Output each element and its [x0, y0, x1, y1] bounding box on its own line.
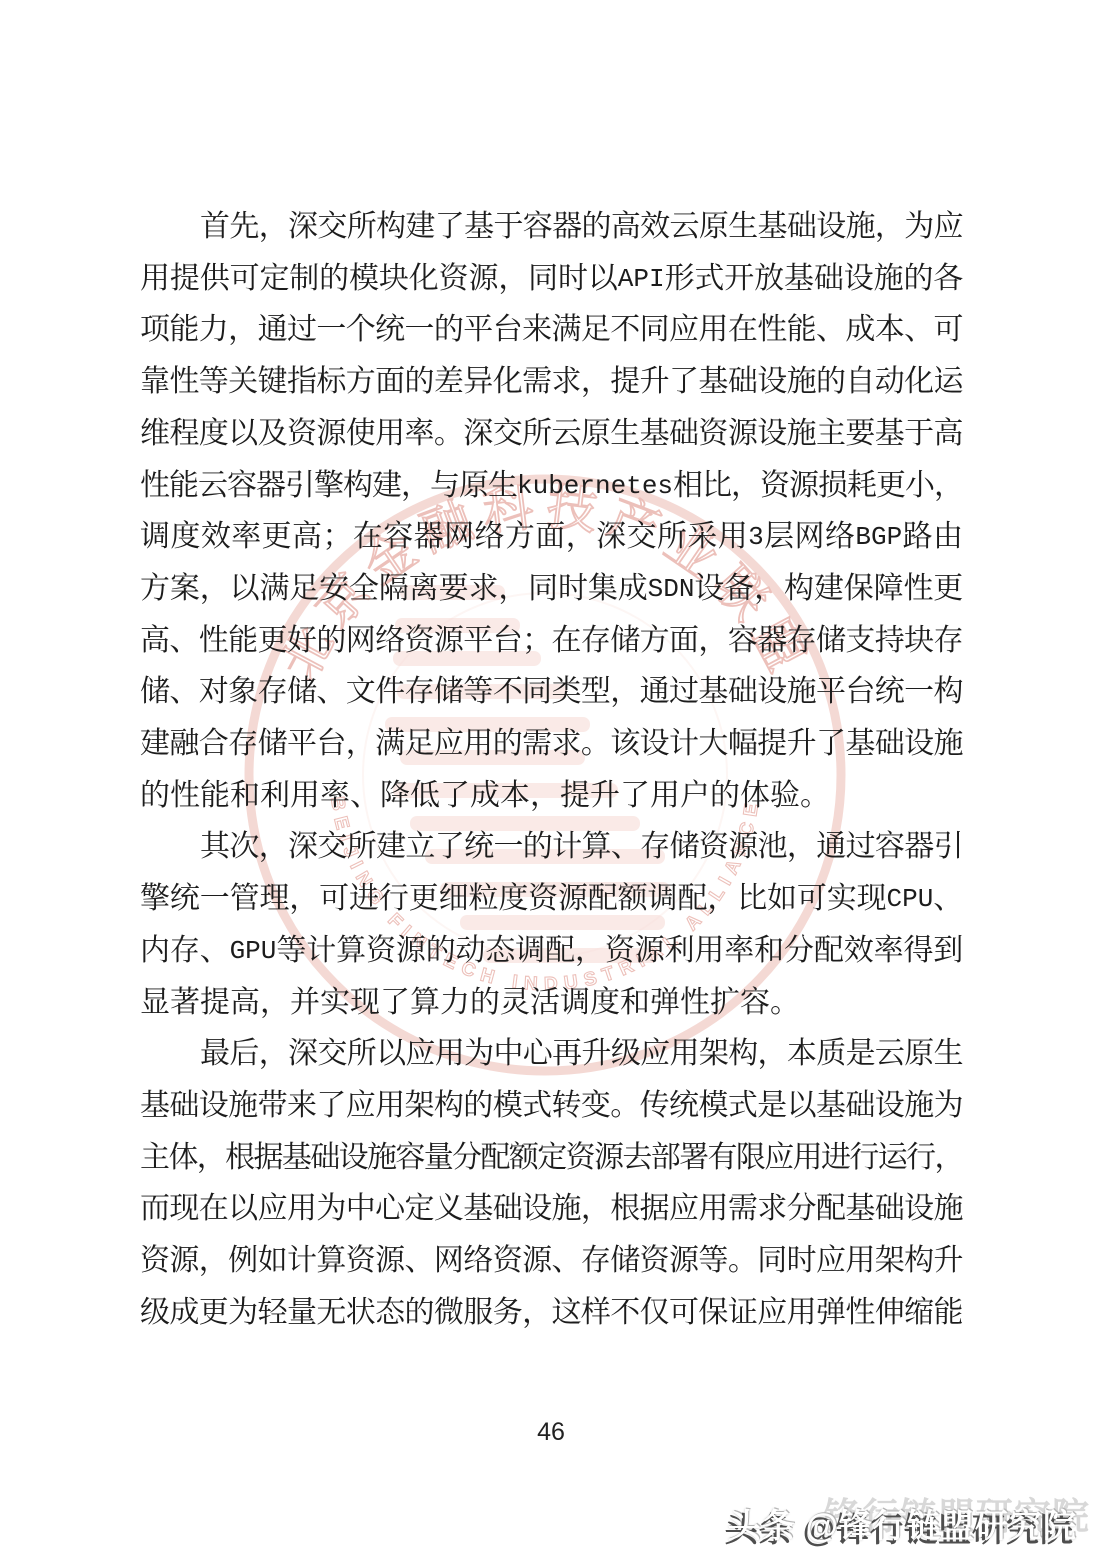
cjk-char: 的: [405, 356, 434, 408]
cjk-char: 架: [875, 1235, 904, 1287]
cjk-char: 据: [640, 1183, 669, 1235]
cjk-char: 以: [787, 1080, 816, 1132]
cjk-char: 理: [259, 873, 289, 925]
cjk-char: 络: [375, 615, 404, 667]
cjk-char: 网: [346, 615, 375, 667]
cjk-char: 变: [581, 1080, 610, 1132]
cjk-char: 支: [845, 615, 874, 667]
cjk-char: 证: [728, 1287, 757, 1339]
cjk-char: 样: [581, 1287, 610, 1339]
cjk-char: 去: [622, 1132, 650, 1184]
cjk-char: 基: [282, 1132, 310, 1184]
cjk-char: 首: [200, 201, 229, 253]
cjk-char: 器: [904, 821, 933, 873]
cjk-char: 差: [434, 356, 463, 408]
cjk-char: 交: [493, 408, 522, 460]
cjk-char: 度: [170, 511, 200, 563]
cjk-char: 储: [287, 666, 316, 718]
cjk-char: 设: [904, 1183, 933, 1235]
cjk-char: 原: [459, 460, 488, 512]
cjk-char: 行: [849, 1132, 877, 1184]
cjk-char: 构: [934, 666, 963, 718]
cjk-char: ，: [935, 1132, 963, 1184]
cjk-char: 项: [140, 304, 169, 356]
cjk-char: 资: [699, 821, 728, 873]
cjk-char: 设: [199, 1080, 228, 1132]
cjk-char: 足: [405, 718, 434, 770]
cjk-char: 、: [611, 821, 640, 873]
cjk-char: ，: [259, 821, 288, 873]
text-line: 主体，根据基础设施容量分配额定资源去部署有限应用进行运行，: [140, 1132, 963, 1184]
cjk-char: 需: [522, 718, 551, 770]
cjk-char: 源: [558, 873, 588, 925]
cjk-char: 资: [346, 1235, 375, 1287]
paragraph-indent: [140, 847, 200, 848]
cjk-char: 存: [640, 821, 669, 873]
cjk-char: 云: [551, 408, 580, 460]
cjk-char: 在: [551, 615, 580, 667]
cjk-char: 用: [140, 253, 170, 305]
cjk-char: 案: [170, 563, 200, 615]
cjk-char: 同: [640, 304, 669, 356]
cjk-char: 础: [728, 666, 757, 718]
cjk-char: 配: [814, 925, 844, 977]
cjk-char: 集: [588, 563, 618, 615]
cjk-char: 活: [530, 977, 560, 1029]
cjk-char: 应: [934, 201, 963, 253]
cjk-char: 平: [816, 666, 845, 718]
cjk-char: 用: [793, 1132, 821, 1184]
cjk-char: 离: [409, 563, 439, 615]
cjk-char: 储: [258, 718, 287, 770]
cjk-char: 是: [846, 1028, 875, 1080]
cjk-char: 弹: [816, 1287, 845, 1339]
cjk-char: ，: [401, 460, 430, 512]
cjk-char: 的: [319, 253, 349, 305]
cjk-char: 构: [434, 1080, 463, 1132]
cjk-char: 障: [874, 563, 904, 615]
cjk-char: ，: [530, 770, 560, 822]
cjk-char: 架: [405, 1080, 434, 1132]
cjk-char: 容: [740, 977, 770, 1029]
cjk-char: 基: [698, 666, 727, 718]
cjk-char: 先: [229, 201, 258, 253]
cjk-char: 采: [687, 511, 717, 563]
cjk-char: 得: [903, 925, 933, 977]
cjk-char: 和: [620, 977, 650, 1029]
cjk-char: 。: [800, 770, 830, 822]
cjk-char: 满: [259, 563, 289, 615]
cjk-char: 粒: [468, 873, 498, 925]
cjk-char: 件: [375, 666, 404, 718]
cjk-char: ，: [346, 718, 375, 770]
cjk-char: 生: [488, 460, 517, 512]
cjk-char: 存: [934, 615, 963, 667]
cjk-char: 形: [665, 253, 695, 305]
cjk-char: 足: [289, 563, 319, 615]
cjk-char: 网: [444, 511, 474, 563]
cjk-char: 了: [816, 718, 845, 770]
cjk-char: 资: [439, 253, 469, 305]
cjk-char: 现: [857, 873, 887, 925]
cjk-char: 台: [316, 718, 345, 770]
cjk-char: 资: [566, 1132, 594, 1184]
cjk-char: ，: [875, 201, 904, 253]
cjk-char: 成: [845, 304, 874, 356]
page-number: 46: [0, 1418, 1102, 1447]
cjk-char: 转: [551, 1080, 580, 1132]
cjk-char: 源: [169, 1235, 198, 1287]
cjk-char: 台: [493, 304, 522, 356]
cjk-char: 由: [933, 511, 963, 563]
cjk-char: 源: [434, 615, 463, 667]
cjk-char: 可: [230, 253, 260, 305]
cjk-char: 义: [434, 1183, 463, 1235]
cjk-char: 户: [680, 770, 710, 822]
cjk-char: 用: [650, 770, 680, 822]
cjk-char: 应: [346, 1080, 375, 1132]
cjk-char: 务: [493, 1287, 522, 1339]
cjk-char: 础: [875, 1183, 904, 1235]
cjk-char: 应: [757, 1287, 786, 1339]
cjk-char: 深: [596, 511, 626, 563]
cjk-char: 不: [493, 666, 522, 718]
cjk-char: 更: [876, 460, 905, 512]
cjk-char: 根: [225, 1132, 253, 1184]
cjk-char: 用: [698, 304, 727, 356]
cjk-char: 施: [904, 1080, 933, 1132]
cjk-char: 、: [350, 770, 380, 822]
cjk-char: 内: [140, 925, 170, 977]
cjk-char: 引: [934, 821, 963, 873]
cjk-char: 础: [169, 1080, 198, 1132]
cjk-char: 管: [230, 873, 260, 925]
cjk-char: ，: [498, 253, 528, 305]
cjk-char: 成: [470, 770, 500, 822]
cjk-char: 器: [757, 615, 786, 667]
cjk-char: 资: [640, 1235, 669, 1287]
cjk-char: 率: [231, 511, 261, 563]
cjk-char: 储: [610, 615, 639, 667]
cjk-char: 在: [353, 511, 383, 563]
cjk-char: 源: [635, 925, 665, 977]
cjk-char: 存: [581, 1235, 610, 1287]
cjk-char: 原: [581, 408, 610, 460]
cjk-char: 深: [288, 201, 317, 253]
cjk-char: 利: [665, 925, 695, 977]
cjk-char: 高: [611, 201, 640, 253]
cjk-char: 资: [698, 408, 727, 460]
cjk-char: 交: [317, 1028, 346, 1080]
cjk-char: 动: [456, 925, 486, 977]
cjk-char: 求: [468, 563, 498, 615]
cjk-char: 配: [545, 925, 575, 977]
cjk-char: 基: [758, 201, 787, 253]
cjk-char: 可: [934, 304, 963, 356]
cjk-char: 器: [552, 201, 581, 253]
cjk-char: ，: [259, 201, 288, 253]
cjk-char: 、: [933, 873, 963, 925]
cjk-char: 源: [728, 821, 757, 873]
cjk-char: 本: [875, 304, 904, 356]
cjk-char: 为: [934, 1080, 963, 1132]
cjk-char: 在: [728, 304, 757, 356]
cjk-char: 器: [414, 511, 444, 563]
cjk-char: 能: [787, 304, 816, 356]
text-line: 高、性能更好的网络资源平台；在存储方面，容器存储支持块存: [140, 615, 963, 667]
cjk-char: 缩: [904, 1287, 933, 1339]
cjk-char: 用: [698, 1183, 727, 1235]
cjk-char: 满: [375, 718, 404, 770]
cjk-char: 配: [677, 873, 707, 925]
cjk-char: ，: [581, 356, 610, 408]
cjk-char: 配: [481, 1132, 509, 1184]
cjk-char: 设: [640, 718, 669, 770]
cjk-char: 级: [140, 1287, 169, 1339]
cjk-char: 了: [435, 821, 464, 873]
cjk-char: 的: [816, 356, 845, 408]
cjk-char: 基: [875, 408, 904, 460]
cjk-char: ；: [322, 511, 352, 563]
text-line: 建融合存储平台，满足应用的需求。该设计大幅提升了基础设施: [140, 718, 963, 770]
cjk-char: 存: [258, 666, 287, 718]
cjk-char: 升: [590, 770, 620, 822]
cjk-char: 基: [640, 408, 669, 460]
cjk-char: 配: [588, 873, 618, 925]
cjk-char: 能: [200, 770, 230, 822]
text-line: 维程度以及资源使用率。深交所云原生基础资源设施主要基于高: [140, 408, 963, 460]
cjk-char: 验: [770, 770, 800, 822]
cjk-char: 保: [698, 1287, 727, 1339]
cjk-char: 大: [698, 718, 727, 770]
cjk-char: 用: [670, 1028, 699, 1080]
latin-token: 3: [748, 511, 764, 563]
cjk-char: ，: [260, 977, 290, 1029]
cjk-char: 相: [673, 460, 702, 512]
cjk-char: 的: [316, 615, 345, 667]
cjk-char: 。: [581, 718, 610, 770]
cjk-char: 仅: [640, 1287, 669, 1339]
cjk-char: 设: [757, 666, 786, 718]
cjk-char: 构: [784, 563, 814, 615]
cjk-char: 伸: [875, 1287, 904, 1339]
cjk-char: 额: [509, 1132, 537, 1184]
cjk-char: 、: [551, 1235, 580, 1287]
text-line: 内存、GPU等计算资源的动态调配，资源利用率和分配效率得到: [140, 925, 963, 977]
cjk-char: 资: [493, 1235, 522, 1287]
cjk-char: 资: [605, 925, 635, 977]
cjk-char: 擎: [140, 873, 170, 925]
text-line: 靠性等关键指标方面的差异化需求，提升了基础设施的自动化运: [140, 356, 963, 408]
cjk-char: 应: [816, 1235, 845, 1287]
cjk-char: 后: [229, 1028, 258, 1080]
cjk-char: 构: [376, 201, 405, 253]
cjk-char: 同: [522, 666, 551, 718]
cjk-char: 效: [640, 201, 669, 253]
cjk-char: 能: [169, 460, 198, 512]
cjk-char: 例: [228, 1235, 257, 1287]
cjk-char: 体: [168, 1132, 196, 1184]
cjk-char: 无: [316, 1287, 345, 1339]
cjk-char: 本: [500, 770, 530, 822]
cjk-char: ，: [522, 1287, 551, 1339]
cjk-char: 著: [170, 977, 200, 1029]
text-line: 资源，例如计算资源、网络资源、存储资源等。同时应用架构升: [140, 1235, 963, 1287]
cjk-char: 关: [228, 356, 257, 408]
cjk-char: 根: [610, 1183, 639, 1235]
cjk-char: 率: [320, 770, 350, 822]
cjk-char: ；: [522, 615, 551, 667]
cjk-char: 不: [610, 304, 639, 356]
cjk-char: 服: [463, 1287, 492, 1339]
cjk-char: 与: [430, 460, 459, 512]
cjk-char: 、: [816, 304, 845, 356]
cjk-char: 更: [258, 615, 287, 667]
cjk-char: 隔: [379, 563, 409, 615]
cjk-char: 础: [310, 1132, 338, 1184]
cjk-char: 用: [290, 770, 320, 822]
cjk-char: 更: [933, 563, 963, 615]
cjk-char: 量: [424, 1132, 452, 1184]
cjk-char: 损: [818, 460, 847, 512]
cjk-char: 过: [669, 666, 698, 718]
cjk-char: 容: [383, 511, 413, 563]
cjk-char: 可: [319, 873, 349, 925]
cjk-char: 基: [463, 1183, 492, 1235]
cjk-char: 对: [199, 666, 228, 718]
cjk-char: 资: [405, 615, 434, 667]
cjk-char: 统: [669, 1080, 698, 1132]
cjk-char: 和: [754, 925, 784, 977]
cjk-char: 文: [346, 666, 375, 718]
cjk-char: 础: [787, 201, 816, 253]
cjk-char: 以: [228, 408, 257, 460]
cjk-char: 态: [375, 1287, 404, 1339]
cjk-char: ，: [787, 821, 816, 873]
cjk-char: 储: [140, 666, 169, 718]
cjk-char: 提: [757, 718, 786, 770]
cjk-char: 用: [718, 511, 748, 563]
cjk-char: 网: [434, 1235, 463, 1287]
cjk-char: 深: [288, 821, 317, 873]
cjk-char: 态: [485, 925, 515, 977]
cjk-char: 并: [290, 977, 320, 1029]
cjk-char: 的: [434, 304, 463, 356]
cjk-char: 一: [904, 666, 933, 718]
cjk-char: 的: [710, 770, 740, 822]
cjk-char: 细: [439, 873, 469, 925]
cjk-char: 源: [316, 408, 345, 460]
latin-token: API: [618, 253, 665, 305]
cjk-char: 心: [375, 1183, 404, 1235]
cjk-char: 式: [522, 1080, 551, 1132]
cjk-char: 中: [493, 1028, 522, 1080]
cjk-char: 体: [740, 770, 770, 822]
cjk-char: 施: [934, 1183, 963, 1235]
cjk-char: 轻: [258, 1287, 287, 1339]
text-line: 性能云容器引擎构建，与原生kubernetes相比，资源损耗更小，: [140, 460, 963, 512]
text-line: 级成更为轻量无状态的微服务，这样不仅可保证应用弹性伸缩能: [140, 1287, 963, 1339]
cjk-char: 云: [670, 201, 699, 253]
cjk-char: 台: [493, 615, 522, 667]
text-line: 方案，以满足安全隔离要求，同时集成SDN设备，构建保障性更: [140, 563, 963, 615]
cjk-char: 设: [339, 1132, 367, 1184]
cjk-char: 计: [552, 821, 581, 873]
cjk-char: 原: [904, 1028, 933, 1080]
cjk-char: 成: [618, 563, 648, 615]
cjk-char: 器: [256, 460, 285, 512]
cjk-char: ，: [934, 460, 963, 512]
cjk-char: 高: [934, 408, 963, 460]
cjk-char: 为: [464, 1028, 493, 1080]
document-page: 北京金融科技产业联盟 BEIJING FINTECH INDUSTRIAL AL…: [0, 0, 1102, 1559]
cjk-char: 深: [463, 408, 492, 460]
cjk-char: 资: [366, 925, 396, 977]
cjk-char: 性: [199, 615, 228, 667]
cjk-char: 以: [588, 253, 618, 305]
cjk-char: 。: [770, 977, 800, 1029]
text-line: 首先，深交所构建了基于容器的高效云原生基础设施，为应: [140, 201, 963, 253]
cjk-char: 容: [523, 201, 552, 253]
cjk-char: 提: [610, 356, 639, 408]
cjk-char: 能: [228, 615, 257, 667]
cjk-char: 过: [287, 304, 316, 356]
cjk-char: 更: [199, 1287, 228, 1339]
cjk-char: 算: [336, 925, 366, 977]
cjk-char: 算: [410, 977, 440, 1029]
text-line: 调度效率更高；在容器网络方面，深交所采用3层网络BGP路由: [140, 511, 963, 563]
cjk-char: 储: [816, 615, 845, 667]
cjk-char: 方: [140, 563, 170, 615]
cjk-char: ，: [707, 873, 737, 925]
cjk-char: 安: [319, 563, 349, 615]
cjk-char: 率: [405, 408, 434, 460]
cjk-char: 所: [522, 408, 551, 460]
cjk-char: 通: [258, 304, 287, 356]
cjk-char: 要: [845, 408, 874, 460]
cjk-char: 施: [551, 1183, 580, 1235]
cjk-char: 、: [169, 615, 198, 667]
cjk-char: 建: [814, 563, 844, 615]
cjk-char: 等: [463, 666, 492, 718]
cjk-char: 效: [844, 925, 874, 977]
latin-token: kubernetes: [517, 460, 673, 512]
cjk-char: ，: [581, 1183, 610, 1235]
cjk-char: 持: [875, 615, 904, 667]
cjk-char: 基: [784, 253, 814, 305]
cjk-char: 资: [287, 408, 316, 460]
cjk-char: 维: [140, 408, 169, 460]
cjk-char: 引: [285, 460, 314, 512]
cjk-char: ，: [754, 563, 784, 615]
cjk-char: 动: [875, 356, 904, 408]
cjk-char: 以: [228, 1183, 257, 1235]
cjk-char: 满: [551, 304, 580, 356]
cjk-char: 性: [903, 563, 933, 615]
cjk-char: 础: [845, 1080, 874, 1132]
cjk-char: 标: [316, 356, 345, 408]
cjk-char: 主: [140, 1132, 168, 1184]
cjk-char: 带: [258, 1080, 287, 1132]
cjk-char: 通: [816, 821, 845, 873]
cjk-char: 时: [558, 563, 588, 615]
cjk-char: 。: [610, 1080, 639, 1132]
cjk-char: 台: [845, 666, 874, 718]
cjk-char: 率: [874, 925, 904, 977]
cjk-char: 自: [845, 356, 874, 408]
cjk-char: 署: [679, 1132, 707, 1184]
cjk-char: 方: [505, 511, 535, 563]
